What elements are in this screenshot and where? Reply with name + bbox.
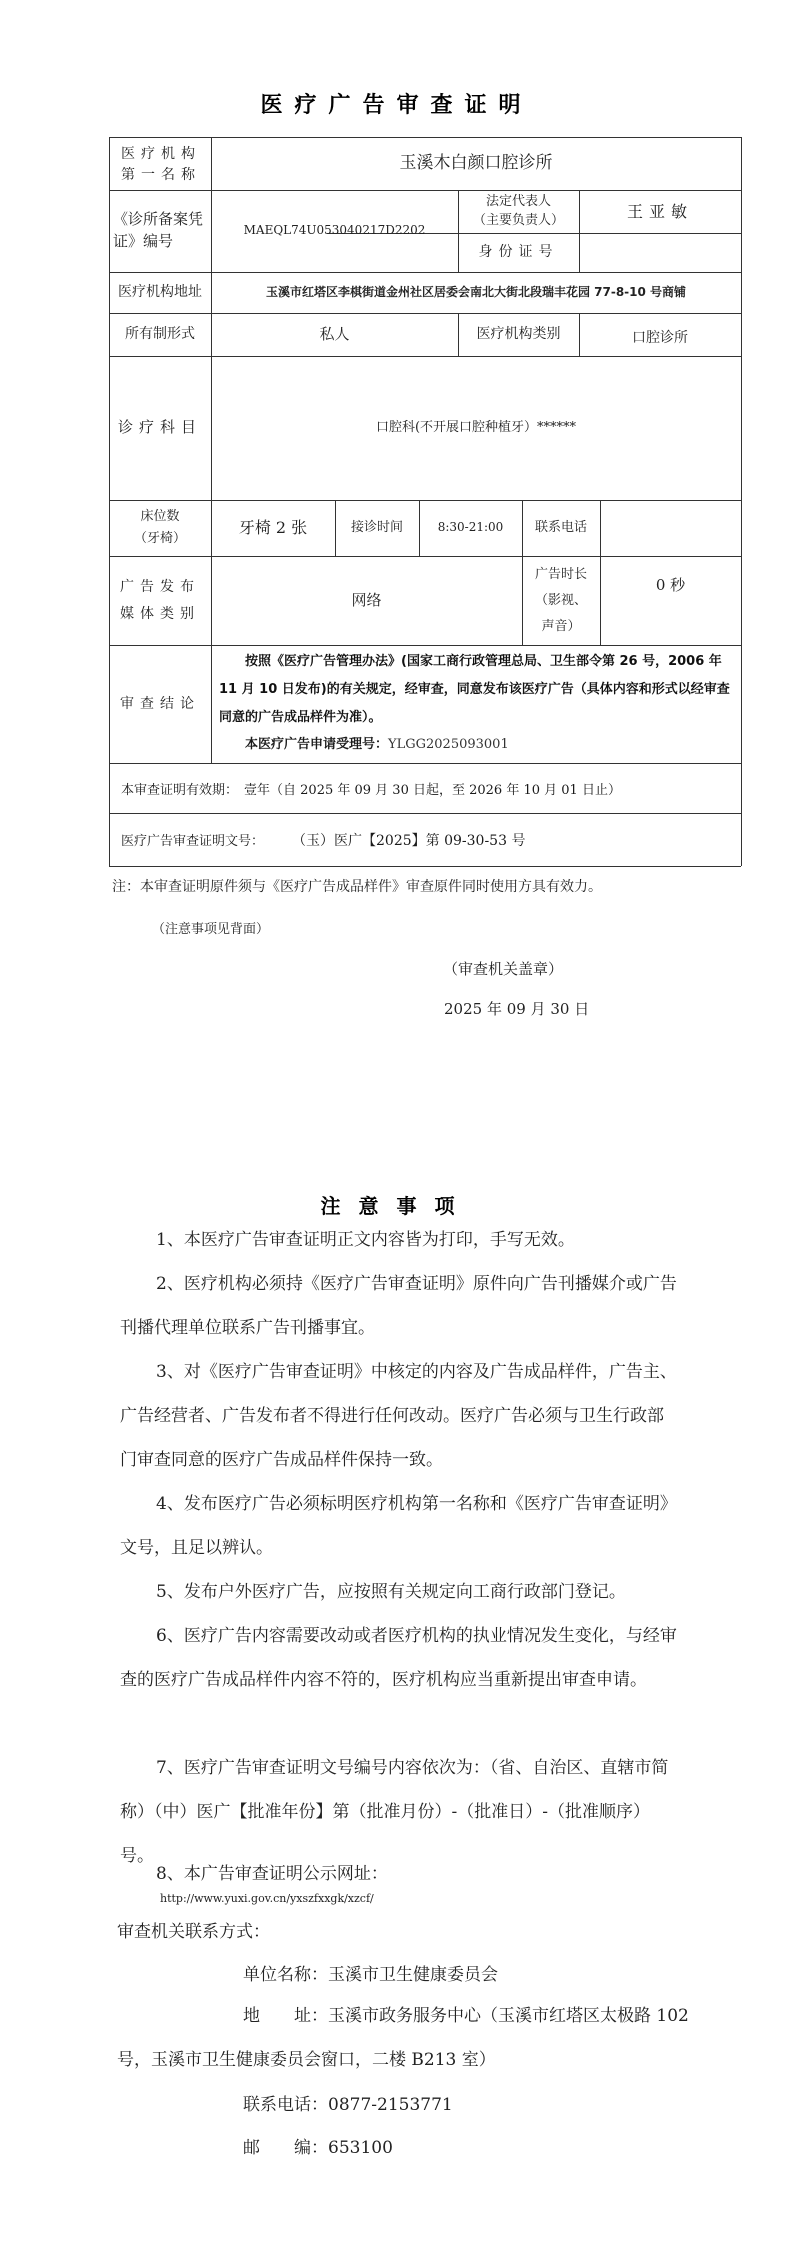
- media-label: 广告发布 媒体类别: [109, 556, 211, 645]
- id-no-label: 身份证号: [458, 233, 579, 272]
- ownership-label: 所有制形式: [109, 313, 211, 356]
- notes-item-8: 8、本广告审查证明公示网址：: [120, 1852, 680, 1896]
- duration-label-line2: （影视、: [535, 588, 587, 614]
- contact-phone-label: 联系电话：: [243, 2095, 328, 2115]
- doc-no-label: 医疗广告审查证明文号：: [121, 830, 264, 849]
- hours-value: 8:30-21:00: [419, 500, 522, 556]
- contact-phone-value: 0877-2153771: [328, 2095, 453, 2115]
- contact-postcode-label: 邮 编：: [243, 2138, 328, 2158]
- duration-label-line3: 声音）: [541, 614, 580, 640]
- contact-unit: 单位名称：玉溪市卫生健康委员会: [243, 1960, 498, 1985]
- notes-item-6: 6、医疗广告内容需要改动或者医疗机构的执业情况发生变化，与经审查的医疗广告成品样…: [120, 1614, 680, 1702]
- beds-label: 床位数 （牙椅）: [109, 500, 211, 556]
- ownership-value: 私人: [211, 313, 458, 356]
- notes-item-text: 5、发布户外医疗广告，应按照有关规定向工商行政部门登记。: [156, 1582, 626, 1602]
- public-notice-url[interactable]: http://www.yuxi.gov.cn/yxszfxxgk/xzcf/: [160, 1892, 374, 1905]
- notes-item-2: 2、医疗机构必须持《医疗广告审查证明》原件向广告刊播媒介或广告刊播代理单位联系广…: [120, 1262, 680, 1350]
- contact-postcode: 邮 编：653100: [243, 2133, 393, 2158]
- contact-title: 审查机关联系方式：: [117, 1917, 270, 1942]
- application-no-line: 本医疗广告申请受理号：YLGG2025093001: [245, 733, 509, 752]
- issue-date: 2025 年 09 月 30 日: [444, 998, 589, 1019]
- legal-rep-label-sub: （主要负责人）: [473, 212, 564, 230]
- address-value: 玉溪市红塔区李棋街道金州社区居委会南北大街北段瑞丰花园 77-8-10 号商铺: [211, 272, 741, 313]
- contact-unit-label: 单位名称：: [243, 1965, 328, 1985]
- application-no-value: YLGG2025093001: [388, 737, 509, 752]
- notes-item-text: 7、医疗广告审查证明文号编号内容依次为：（省、自治区、直辖市简称）（中）医广【批…: [120, 1758, 668, 1866]
- notes-title: 注意事项: [0, 1190, 793, 1219]
- institution-name-label: 医疗机构第一名称: [111, 139, 211, 190]
- contact-unit-value: 玉溪市卫生健康委员会: [328, 1965, 498, 1985]
- see-back-note: （注意事项见背面）: [152, 918, 269, 937]
- notes-item-text: 6、医疗广告内容需要改动或者医疗机构的执业情况发生变化，与经审查的医疗广告成品样…: [120, 1626, 677, 1690]
- departments-label: 诊疗科目: [109, 356, 211, 500]
- document-title: 医疗广告审查证明: [0, 88, 793, 119]
- contact-address-label: 地 址：: [243, 2006, 328, 2026]
- notes-item-1: 1、本医疗广告审查证明正文内容皆为打印，手写无效。: [120, 1218, 680, 1262]
- contact-address: 地 址：玉溪市政务服务中心（玉溪市红塔区太极路 102 号，玉溪市卫生健康委员会…: [117, 1994, 689, 2082]
- departments-value: 口腔科(不开展口腔种植牙）******: [211, 356, 741, 500]
- notes-item-text: 2、医疗机构必须持《医疗广告审查证明》原件向广告刊播媒介或广告刊播代理单位联系广…: [120, 1274, 677, 1338]
- validity-label: 本审查证明有效期：: [121, 779, 238, 798]
- record-cert-value: MAEQL74U053040217D2202: [211, 190, 458, 272]
- phone-label: 联系电话: [522, 500, 600, 556]
- conclusion-text-body: 按照《医疗广告管理办法》(国家工商行政管理总局、卫生部令第 26 号，2006 …: [219, 654, 730, 725]
- conclusion-text: 按照《医疗广告管理办法》(国家工商行政管理总局、卫生部令第 26 号，2006 …: [219, 648, 735, 732]
- notes-item-text: 8、本广告审查证明公示网址：: [156, 1864, 388, 1884]
- certificate-table: 医疗机构第一名称 玉溪木白颜口腔诊所 《诊所备案凭证》编号 MAEQL74U05…: [109, 137, 741, 866]
- notes-item-5: 5、发布户外医疗广告，应按照有关规定向工商行政部门登记。: [120, 1570, 680, 1614]
- duration-label-line1: 广告时长: [535, 562, 587, 588]
- media-value: 网络: [211, 556, 522, 645]
- application-no-label: 本医疗广告申请受理号：: [245, 737, 388, 752]
- notes-item-4: 4、发布医疗广告必须标明医疗机构第一名称和《医疗广告审查证明》文号，且足以辨认。: [120, 1482, 680, 1570]
- legal-rep-label: 法定代表人 （主要负责人）: [458, 190, 579, 233]
- phone-value: [600, 500, 741, 556]
- validity-value: 壹年（自 2025 年 09 月 30 日起，至 2026 年 10 月 01 …: [244, 779, 621, 798]
- address-label: 医疗机构地址: [109, 272, 211, 313]
- conclusion-label: 审查结论: [109, 645, 211, 763]
- media-label-line2: 媒体类别: [120, 601, 200, 628]
- duration-label: 广告时长 （影视、 声音）: [522, 556, 600, 645]
- contact-address-value: 玉溪市政务服务中心（玉溪市红塔区太极路 102 号，玉溪市卫生健康委员会窗口，二…: [117, 2006, 689, 2070]
- contact-phone: 联系电话：0877-2153771: [243, 2090, 453, 2115]
- institution-name-value: 玉溪木白颜口腔诊所: [211, 137, 741, 190]
- doc-no-value: （玉）医广【2025】第 09-30-53 号: [292, 830, 525, 850]
- validity-note: 注：本审查证明原件须与《医疗广告成品样件》审查原件同时使用方具有效力。: [112, 876, 602, 896]
- doc-no-line: 医疗广告审查证明文号： （玉）医广【2025】第 09-30-53 号: [121, 813, 525, 866]
- beds-label-main: 床位数: [140, 506, 179, 528]
- beds-value: 牙椅 2 张: [211, 500, 335, 556]
- duration-value: 0 秒: [600, 556, 741, 616]
- notes-item-text: 4、发布医疗广告必须标明医疗机构第一名称和《医疗广告审查证明》文号，且足以辨认。: [120, 1494, 677, 1558]
- record-cert-label: 《诊所备案凭证》编号: [109, 190, 211, 272]
- legal-rep-label-main: 法定代表人: [486, 193, 551, 211]
- validity-line: 本审查证明有效期： 壹年（自 2025 年 09 月 30 日起，至 2026 …: [121, 763, 621, 813]
- media-label-line1: 广告发布: [120, 574, 200, 601]
- beds-label-sub: （牙椅）: [134, 528, 186, 550]
- category-label: 医疗机构类别: [458, 313, 579, 356]
- legal-rep-value: 王亚敏: [579, 190, 741, 233]
- notes-item-text: 3、对《医疗广告审查证明》中核定的内容及广告成品样件，广告主、广告经营者、广告发…: [120, 1362, 677, 1470]
- id-no-value: [579, 233, 741, 272]
- seal-placeholder: （审查机关盖章）: [443, 958, 563, 979]
- notes-item-3: 3、对《医疗广告审查证明》中核定的内容及广告成品样件，广告主、广告经营者、广告发…: [120, 1350, 680, 1482]
- hours-label: 接诊时间: [335, 500, 419, 556]
- notes-item-text: 1、本医疗广告审查证明正文内容皆为打印，手写无效。: [156, 1230, 575, 1250]
- contact-postcode-value: 653100: [328, 2138, 393, 2158]
- category-value: 口腔诊所: [579, 313, 741, 356]
